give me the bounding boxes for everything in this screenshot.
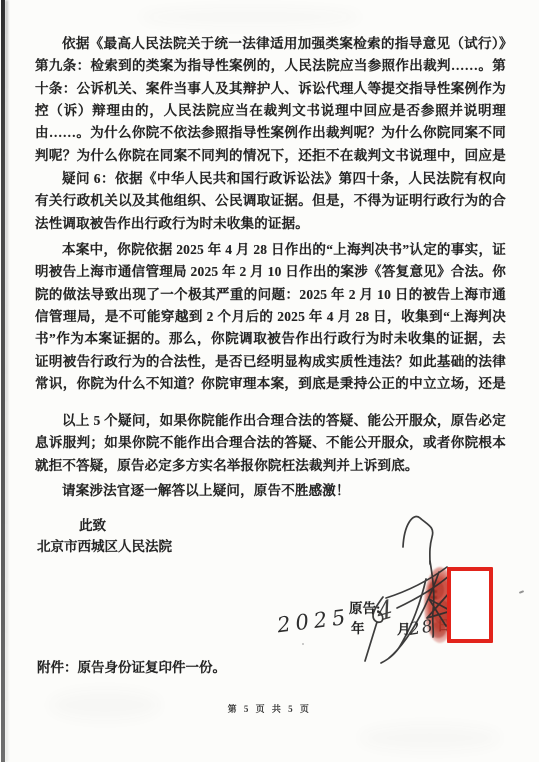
scan-speck xyxy=(302,643,304,645)
handwritten-year: 2025 xyxy=(276,605,352,638)
recipient-court-name: 北京市西城区人民法院 xyxy=(37,535,172,555)
scan-mottle xyxy=(140,8,360,26)
attachment-note: 附件：原告身份证复印件一份。 xyxy=(37,656,226,676)
body-paragraph: 依据《最高人民法院关于统一法律适用加强类案检索的指导意见（试行）》第九条：检索到… xyxy=(35,33,506,168)
page-number: 第 5 页 共 5 页 xyxy=(0,702,539,715)
body-paragraph: 以上 5 个疑问，如果你院能作出合理合法的答疑、能公开服众，原告必定息诉服判；如… xyxy=(35,410,506,479)
document-page: 依据《最高人民法院关于统一法律适用加强类案检索的指导意见（试行）》第九条：检索到… xyxy=(0,0,539,762)
left-scan-edge-shadow xyxy=(5,0,8,762)
closing-salutation: 此致 xyxy=(79,514,106,534)
scan-mottle xyxy=(360,725,500,751)
body-paragraph: 疑问 6：依据《中华人民共和国行政诉讼法》第四十条，人民法院有权向有关行政机关以… xyxy=(35,168,506,236)
scan-speck xyxy=(519,590,524,594)
body-paragraph: 本案中，你院依据 2025 年 4 月 28 日作出的“上海判决书”认定的事实，… xyxy=(35,239,506,397)
redaction-box xyxy=(447,567,493,643)
